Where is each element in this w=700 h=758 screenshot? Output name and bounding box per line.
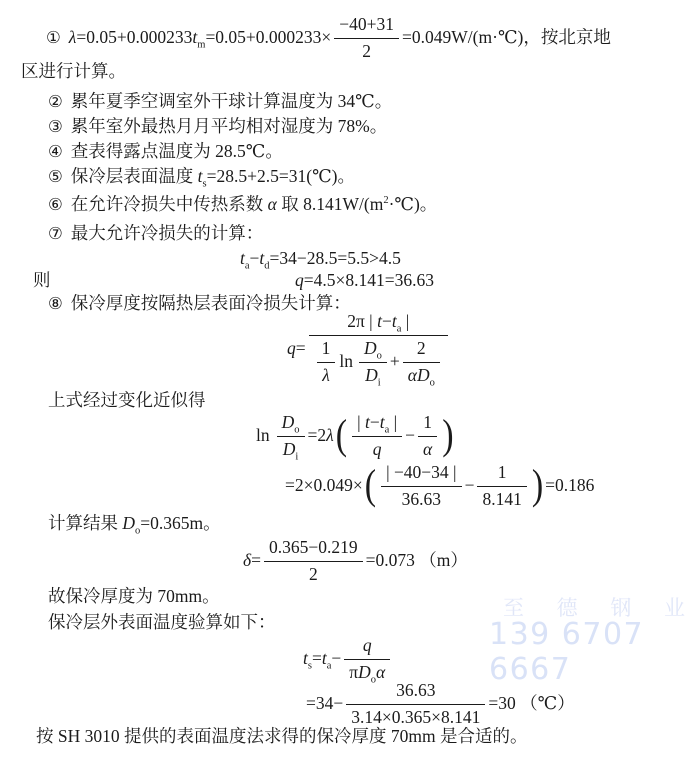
- math-text: =4.5×8.141=36.63: [304, 270, 434, 290]
- fraction: Do Di: [277, 412, 305, 461]
- item-text: 累年夏季空调室外干球计算温度为 34℃。: [71, 91, 392, 111]
- equation-q-main: q= 2π | t−ta | 1 λ ln Do Di + 2 αDo: [287, 311, 451, 387]
- item-text: 保冷层表面温度: [71, 166, 198, 186]
- fraction: | t−ta | q: [352, 412, 402, 461]
- math-text: −: [250, 248, 260, 268]
- math-text: −: [382, 311, 392, 331]
- final-conclusion: 按 SH 3010 提供的表面温度法求得的保冷厚度 70mm 是合适的。: [36, 726, 527, 748]
- math-run: q=4.5×8.141=36.63: [295, 270, 434, 292]
- fraction-numerator: Do: [277, 412, 305, 436]
- item-2: ②累年夏季空调室外干球计算温度为 34℃。: [48, 91, 392, 113]
- item-3: ③累年室外最热月月平均相对湿度为 78%。: [48, 116, 387, 138]
- item-marker: ⑦: [48, 224, 63, 243]
- fraction: q πDoα: [344, 635, 390, 684]
- fraction-numerator: 1: [477, 462, 526, 486]
- fraction-numerator: 2: [403, 338, 440, 362]
- math-run: δ=: [243, 550, 261, 572]
- math-var: α: [376, 662, 385, 682]
- equation-q-value: q=4.5×8.141=36.63: [295, 270, 434, 292]
- math-text: =2: [308, 425, 327, 445]
- math-var: α: [408, 365, 417, 385]
- math-text: −: [465, 475, 475, 497]
- fraction: 1 α: [418, 412, 437, 461]
- fraction-numerator: 0.365−0.219: [264, 537, 363, 561]
- math-text: =0.05+0.000233×: [205, 27, 331, 47]
- item-text: 取 8.141W/(m: [277, 194, 383, 214]
- math-text: +: [390, 351, 400, 373]
- fraction: Do Di: [359, 338, 387, 387]
- item-1-wrap-line: 区进行计算。: [21, 61, 126, 83]
- fraction-denominator: 8.141: [477, 486, 526, 511]
- item-text: ·℃)。: [389, 194, 438, 214]
- item-marker: ⑥: [48, 195, 63, 214]
- fraction: 2 αDo: [403, 338, 440, 387]
- math-var: λ: [326, 425, 334, 445]
- item-text: 在允许冷损失中传热系数: [71, 194, 268, 214]
- math-var: D: [283, 439, 296, 459]
- fraction-denominator: 1 λ ln Do Di + 2 αDo: [309, 335, 448, 387]
- fraction-numerator: | −40−34 |: [381, 462, 462, 486]
- math-text: 2π |: [347, 311, 377, 331]
- math-text: −: [405, 425, 415, 447]
- fraction: −40+31 2: [334, 14, 399, 63]
- math-text: =: [296, 338, 306, 358]
- item-text: 计算结果: [48, 513, 122, 533]
- fraction: 1 8.141: [477, 462, 526, 511]
- math-var: q: [287, 338, 296, 358]
- math-text: =0.073 （m）: [366, 550, 468, 572]
- item-1-lambda-formula: ① λ=0.05+0.000233tm=0.05+0.000233× −40+3…: [46, 14, 611, 63]
- math-var: δ: [243, 550, 251, 570]
- math-run: 2π | t−ta |: [347, 311, 409, 333]
- fraction: 1 λ: [317, 338, 336, 387]
- item-5: ⑤保冷层表面温度 ts=28.5+2.5=31(℃)。: [48, 166, 355, 188]
- then-label: 则: [33, 270, 51, 292]
- fraction: 36.63 3.14×0.365×8.141: [346, 680, 485, 729]
- equation-ln-numeric: =2×0.049× ( | −40−34 | 36.63 − 1 8.141 )…: [285, 462, 594, 511]
- math-sub: i: [295, 451, 298, 462]
- item-6: ⑥在允许冷损失中传热系数 α 取 8.141W/(m2·℃)。: [48, 194, 437, 216]
- fraction-numerator: 2π | t−ta |: [309, 311, 448, 335]
- fraction-denominator: Di: [277, 436, 305, 461]
- item-marker: ⑤: [48, 167, 63, 186]
- math-var: α: [268, 194, 277, 214]
- math-var: α: [423, 439, 432, 459]
- math-text: −: [370, 412, 380, 432]
- math-var: q: [363, 635, 372, 655]
- math-var: D: [365, 365, 378, 385]
- right-paren: ): [532, 465, 543, 508]
- fraction-numerator: q: [344, 635, 390, 659]
- item-marker: ②: [48, 92, 63, 111]
- math-text: =0.049W/(m·℃)，按北京地: [402, 27, 611, 49]
- fraction: 2π | t−ta | 1 λ ln Do Di + 2 αDo: [309, 311, 448, 387]
- math-sub: o: [430, 377, 435, 388]
- math-text: −: [331, 648, 341, 668]
- math-text: |: [357, 412, 365, 432]
- fraction-numerator: 1: [418, 412, 437, 436]
- math-var: q: [373, 439, 382, 459]
- fraction-numerator: −40+31: [334, 14, 399, 38]
- fraction-numerator: 36.63: [346, 680, 485, 704]
- surface-check-intro: 保冷层外表面温度验算如下：: [48, 612, 276, 634]
- math-run: =2λ: [308, 425, 334, 447]
- math-sub: i: [378, 377, 381, 388]
- item-text: 查表得露点温度为 28.5℃。: [71, 141, 283, 161]
- left-paren: (: [336, 415, 347, 458]
- math-text: =: [312, 648, 322, 668]
- item-text: 保冷厚度按隔热层表面冷损失计算：: [71, 293, 351, 313]
- math-run: λ=0.05+0.000233tm=0.05+0.000233×: [69, 27, 332, 49]
- item-text: =0.365m。: [140, 513, 220, 533]
- math-var: D: [417, 365, 430, 385]
- fraction: 0.365−0.219 2: [264, 537, 363, 586]
- fraction-numerator: | t−ta |: [352, 412, 402, 436]
- math-text: =0.186: [545, 475, 594, 497]
- document-page: 至 德 钢 业 139 6707 6667 ① λ=0.05+0.000233t…: [0, 0, 700, 758]
- math-run: ta−td=34−28.5=5.5>4.5: [240, 248, 401, 270]
- watermark-phone: 139 6707 6667: [489, 617, 700, 687]
- fraction-numerator: Do: [359, 338, 387, 362]
- item-marker: ⑧: [48, 294, 63, 313]
- fraction-denominator: αDo: [403, 362, 440, 387]
- equation-max-loss: ta−td=34−28.5=5.5>4.5: [240, 248, 401, 270]
- item-4: ④查表得露点温度为 28.5℃。: [48, 141, 283, 163]
- math-var: D: [364, 338, 377, 358]
- equation-ts-numeric: =34− 36.63 3.14×0.365×8.141 =30 （℃）: [306, 680, 575, 729]
- transition-text: 上式经过变化近似得: [48, 390, 206, 412]
- equation-delta: δ= 0.365−0.219 2 =0.073 （m）: [243, 537, 468, 586]
- math-text: =34−: [306, 693, 343, 715]
- math-var: D: [282, 412, 295, 432]
- math-text: =30 （℃）: [488, 693, 574, 715]
- math-run: q=: [287, 338, 306, 360]
- fraction-denominator: q: [352, 436, 402, 461]
- math-text: ln: [256, 425, 270, 447]
- math-text: ln: [339, 351, 353, 373]
- item-marker: ③: [48, 117, 63, 136]
- fraction: | −40−34 | 36.63: [381, 462, 462, 511]
- math-text: π: [349, 662, 358, 682]
- item-7: ⑦最大允许冷损失的计算：: [48, 223, 263, 245]
- math-text: =: [251, 550, 261, 570]
- item-marker: ①: [46, 28, 61, 49]
- math-sub: o: [377, 350, 382, 361]
- fraction-denominator: α: [418, 436, 437, 461]
- math-text: |: [389, 412, 397, 432]
- math-var: D: [122, 513, 135, 533]
- math-var: q: [295, 270, 304, 290]
- fraction-denominator: Di: [359, 362, 387, 387]
- conclusion-thickness: 故保冷厚度为 70mm。: [48, 586, 220, 608]
- fraction-denominator: 2: [334, 38, 399, 63]
- math-var: λ: [322, 365, 330, 385]
- item-marker: ④: [48, 142, 63, 161]
- item-text: 最大允许冷损失的计算：: [71, 223, 264, 243]
- right-paren: ): [442, 415, 453, 458]
- math-run: ts=ta−: [303, 648, 341, 670]
- fraction-denominator: 36.63: [381, 486, 462, 511]
- equation-ln-ratio: ln Do Di =2λ ( | t−ta | q − 1 α ): [256, 412, 456, 461]
- left-paren: (: [365, 465, 376, 508]
- math-sub: o: [294, 425, 299, 436]
- fraction-numerator: 1: [317, 338, 336, 362]
- math-text: =2×0.049×: [285, 475, 363, 497]
- math-text: =0.05+0.000233: [76, 27, 192, 47]
- math-var: D: [358, 662, 371, 682]
- math-text: |: [401, 311, 409, 331]
- item-text: =28.5+2.5=31(℃)。: [207, 166, 355, 186]
- item-text: 累年室外最热月月平均相对湿度为 78%。: [71, 116, 387, 136]
- math-text: =34−28.5=5.5>4.5: [270, 248, 401, 268]
- fraction-denominator: λ: [317, 362, 336, 387]
- fraction-denominator: 2: [264, 561, 363, 586]
- result-do-line: 计算结果 Do=0.365m。: [48, 513, 221, 535]
- equation-ts: ts=ta− q πDoα: [303, 635, 393, 684]
